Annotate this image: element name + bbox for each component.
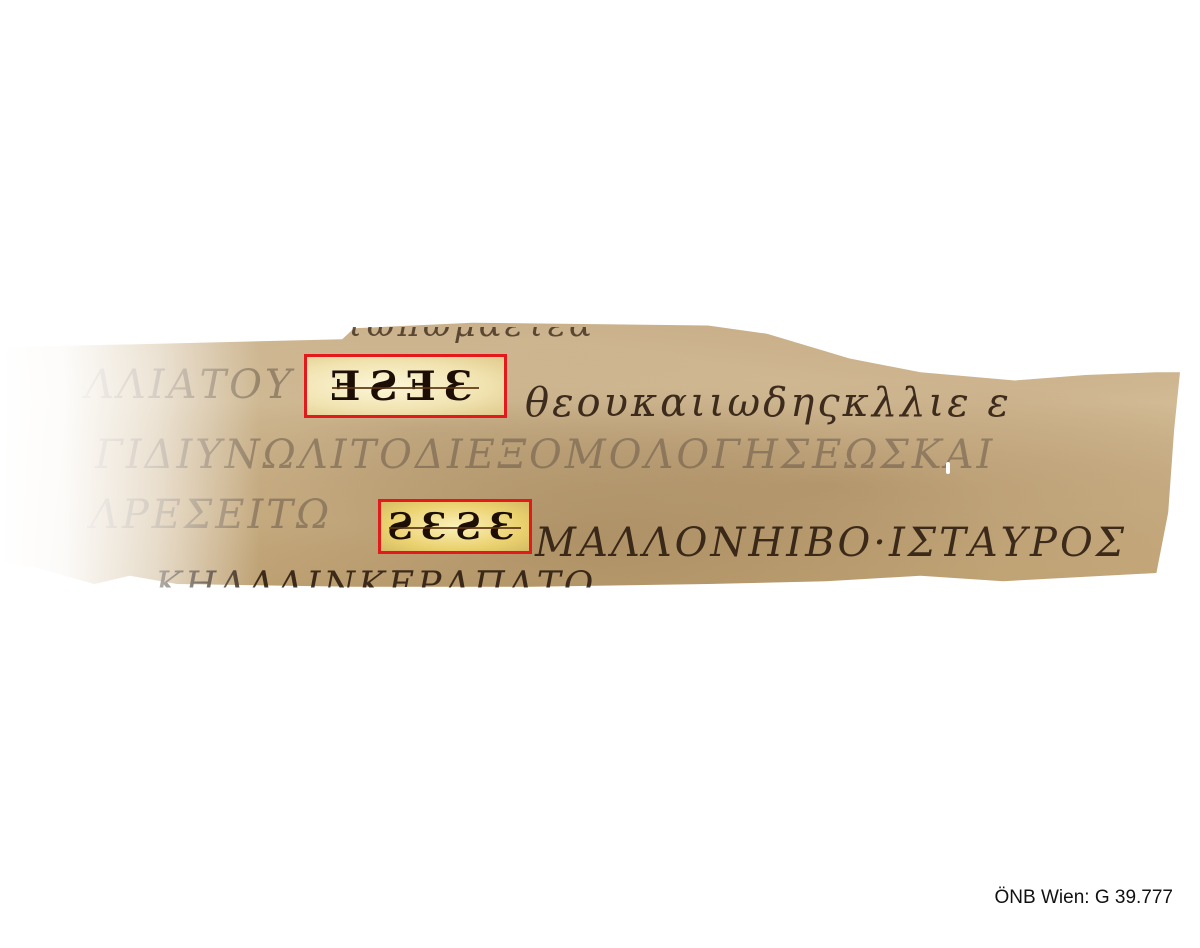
manuscript-line-3-end: ΜΑΛΛΟΝΗΙΒΟ·ΙΣΤΑΥΡΟΣ — [535, 520, 1127, 566]
strike-line-1 — [332, 387, 479, 389]
manuscript-line-3-start: ΛΡΕΣΕΙΤΩ — [90, 492, 332, 538]
strike-line-2 — [389, 527, 521, 529]
manuscript-image: τωπωμαετεα ΛΛΙΑΤΟΥ θεουκαιιωδηςκλλιε ε Γ… — [0, 0, 1200, 948]
manuscript-line-2: ΓΙΔΙΥΝΩΛΙΤΟΔΙΕΞΟΜΟΛΟΓΗΣΕΩΣΚΑΙ — [95, 432, 995, 478]
highlighted-glyphs-1: ƎƧƎƐ — [330, 363, 481, 410]
parchment-tear — [946, 462, 950, 474]
highlight-box-1: ƎƧƎƐ — [304, 354, 507, 418]
manuscript-line-1-start: ΛΛΙΑΤΟΥ — [85, 362, 294, 408]
manuscript-line-bottom: ΚΗΛΑΛΙΝΚΕΡΑΠΛΤΟ — [155, 565, 596, 606]
highlight-box-2: ƧƐƧƐ — [378, 499, 532, 554]
image-caption: ÖNB Wien: G 39.777 — [995, 887, 1173, 909]
manuscript-line-1-end: θεουκαιιωδηςκλλιε ε — [525, 380, 1012, 426]
highlighted-glyphs-2: ƧƐƧƐ — [387, 506, 523, 548]
